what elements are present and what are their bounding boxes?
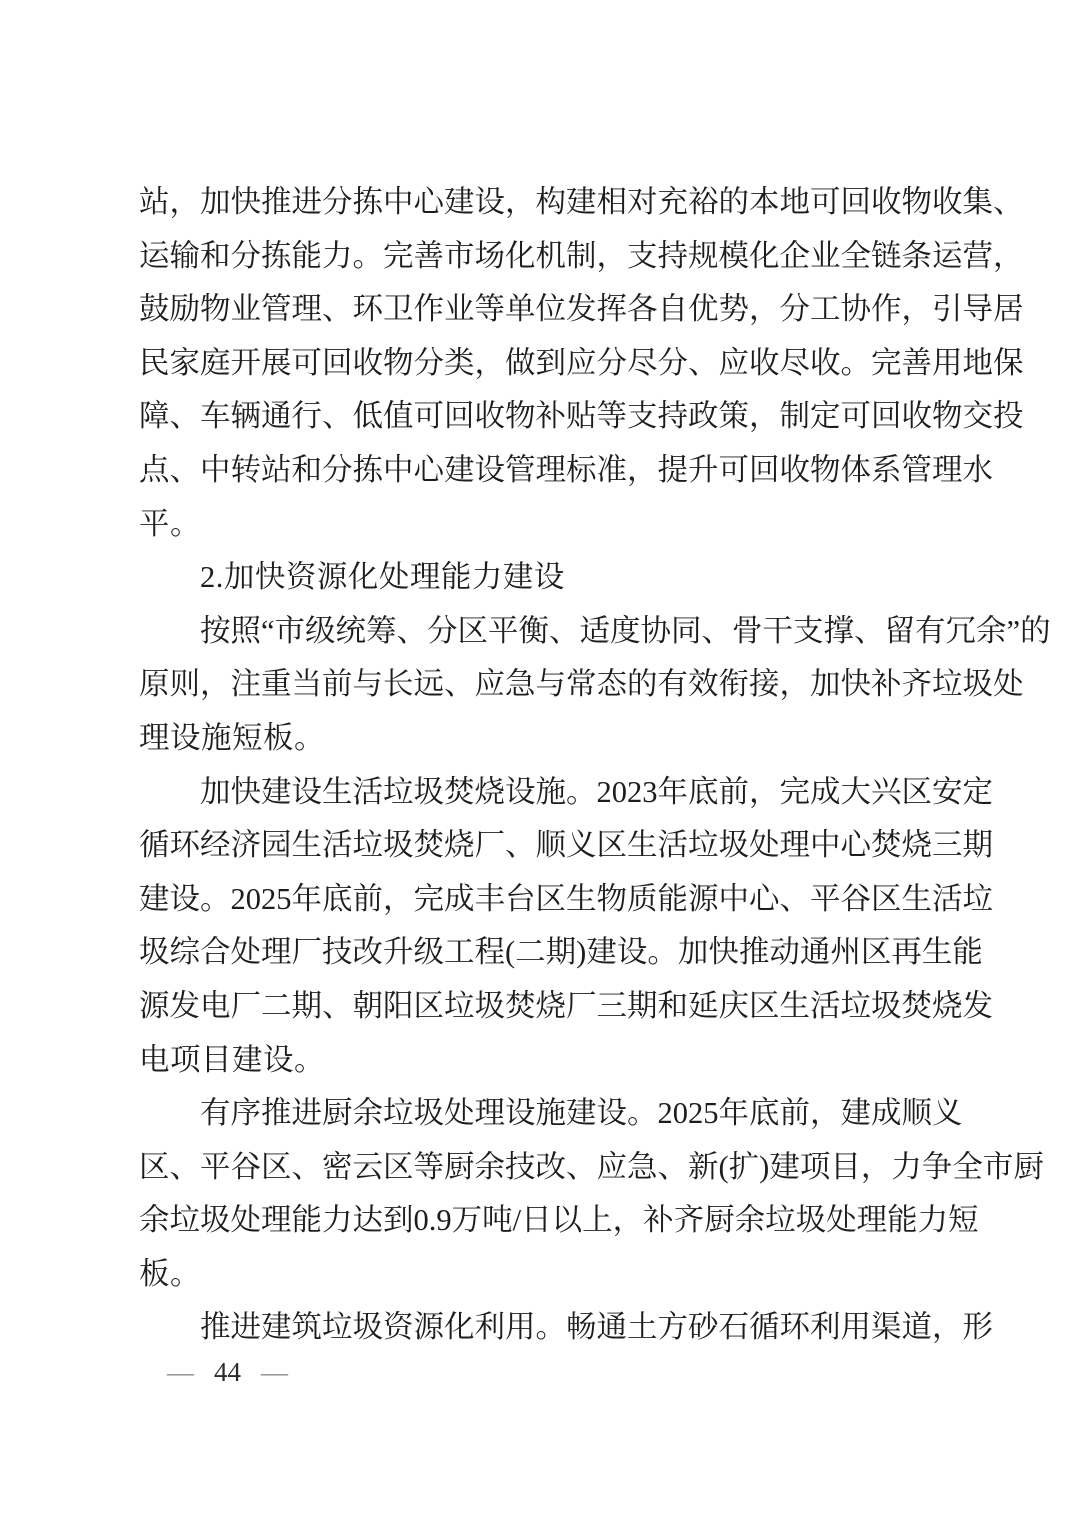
body-text: 站，加快推进分拣中心建设，构建相对充裕的本地可回收物收集、运输和分拣能力。完善市… [139,176,940,1355]
text-line: 理设施短板。 [139,712,940,766]
text-line: 推进建筑垃圾资源化利用。畅通土方砂石循环利用渠道，形 [139,1301,940,1355]
document-page: 站，加快推进分拣中心建设，构建相对充裕的本地可回收物收集、运输和分拣能力。完善市… [0,0,1080,1527]
text-line: 按照“市级统筹、分区平衡、适度协同、骨干支撑、留有冗余”的 [139,605,940,659]
section-heading: 2.加快资源化处理能力建设 [139,551,940,605]
footer-dash-left: — [167,1350,194,1394]
text-line: 循环经济园生活垃圾焚烧厂、顺义区生活垃圾处理中心焚烧三期 [139,819,940,873]
text-line: 区、平谷区、密云区等厨余技改、应急、新(扩)建项目，力争全市厨 [139,1141,940,1195]
text-line: 源发电厂二期、朝阳区垃圾焚烧厂三期和延庆区生活垃圾焚烧发 [139,980,940,1034]
text-line: 圾综合处理厂技改升级工程(二期)建设。加快推动通州区再生能 [139,926,940,980]
text-line: 点、中转站和分拣中心建设管理标准，提升可回收物体系管理水 [139,444,940,498]
text-line: 站，加快推进分拣中心建设，构建相对充裕的本地可回收物收集、 [139,176,940,230]
text-line: 建设。2025年底前，完成丰台区生物质能源中心、平谷区生活垃 [139,873,940,927]
text-line: 障、车辆通行、低值可回收物补贴等支持政策，制定可回收物交投 [139,390,940,444]
text-line: 加快建设生活垃圾焚烧设施。2023年底前，完成大兴区安定 [139,766,940,820]
text-line: 板。 [139,1248,940,1302]
page-footer: — 44 — [167,1350,288,1394]
text-line: 电项目建设。 [139,1034,940,1088]
page-number: 44 [214,1350,241,1394]
text-line: 运输和分拣能力。完善市场化机制，支持规模化企业全链条运营， [139,230,940,284]
footer-dash-right: — [261,1350,288,1394]
text-line: 原则，注重当前与长远、应急与常态的有效衔接，加快补齐垃圾处 [139,658,940,712]
text-line: 余垃圾处理能力达到0.9万吨/日以上，补齐厨余垃圾处理能力短 [139,1194,940,1248]
text-line: 平。 [139,498,940,552]
text-line: 鼓励物业管理、环卫作业等单位发挥各自优势，分工协作，引导居 [139,283,940,337]
text-line: 有序推进厨余垃圾处理设施建设。2025年底前，建成顺义 [139,1087,940,1141]
text-line: 民家庭开展可回收物分类，做到应分尽分、应收尽收。完善用地保 [139,337,940,391]
